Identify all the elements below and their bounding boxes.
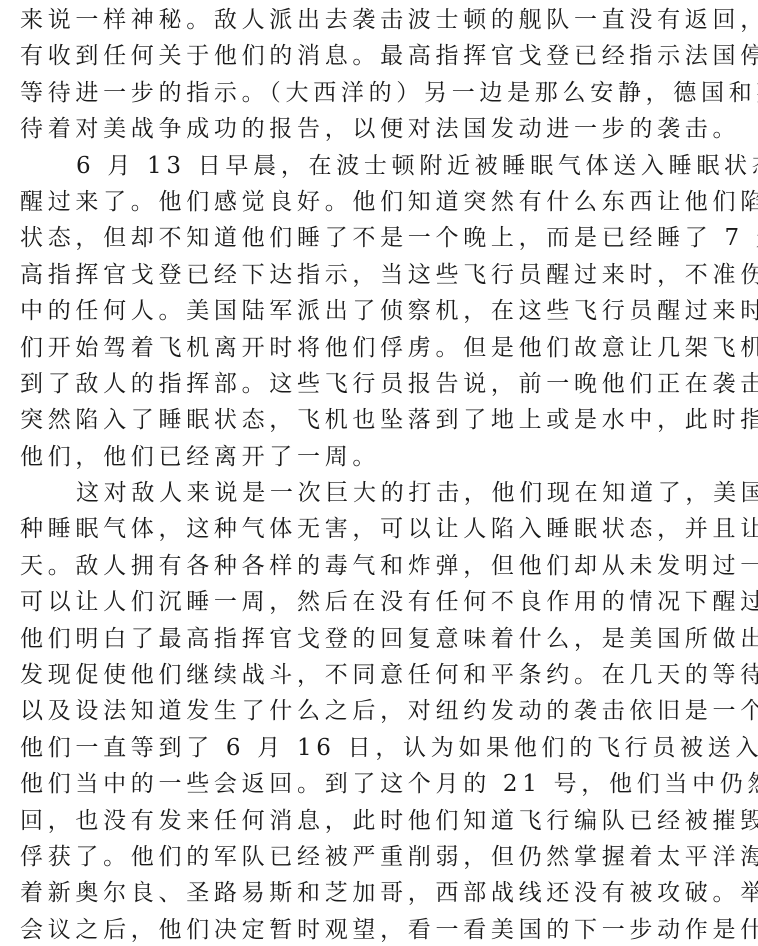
text-line: 天。敌人拥有各种各样的毒气和炸弹，但他们却从未发明过一种气体， <box>20 548 732 584</box>
text-line: 着新奥尔良、圣路易斯和芝加哥，西部战线还没有被攻破。举行了一次 <box>20 875 732 911</box>
text-line: 可以让人们沉睡一周，然后在没有任何不良作用的情况下醒过来。现在 <box>20 584 732 620</box>
text-line: 会议之后，他们决定暂时观望，看一看美国的下一步动作是什么。 <box>20 912 732 946</box>
text-line: 发现促使他们继续战斗，不同意任何和平条约。在几天的等待、侦察， <box>20 657 732 693</box>
text-line: 6 月 13 日早晨，在波士顿附近被睡眠气体送入睡眠状态的飞行员们 <box>20 148 732 184</box>
text-line: 他们明白了最高指挥官戈登的回复意味着什么，是美国所做出的一些新 <box>20 621 732 657</box>
text-line: 来说一样神秘。敌人派出去袭击波士顿的舰队一直没有返回，敌人也没 <box>20 2 732 38</box>
text-line: 种睡眠气体，这种气体无害，可以让人陷入睡眠状态，并且让人沉睡 7 <box>20 511 732 547</box>
text-line: 待着对美战争成功的报告，以便对法国发动进一步的袭击。 <box>20 111 732 147</box>
text-line: 回，也没有发来任何消息，此时他们知道飞行编队已经被摧毁了或是被 <box>20 803 732 839</box>
paragraph-2: 6 月 13 日早晨，在波士顿附近被睡眠气体送入睡眠状态的飞行员们 醒过来了。他… <box>20 148 732 476</box>
text-line: 等待进一步的指示。（大西洋的）另一边是那么安静，德国和英国正在等 <box>20 75 732 111</box>
text-line: 中的任何人。美国陆军派出了侦察机，在这些飞行员醒过来时或是在他 <box>20 293 732 329</box>
text-line: 他们一直等到了 6 月 16 日，认为如果他们的飞行员被送入了睡眠状态， <box>20 730 732 766</box>
text-line: 他们当中的一些会返回。到了这个月的 21 号，他们当中仍然没有人返 <box>20 766 732 802</box>
text-line: 以及设法知道发生了什么之后，对纽约发动的袭击依旧是一个不解之谜。 <box>20 693 732 729</box>
paragraph-3: 这对敌人来说是一次巨大的打击，他们现在知道了，美国人拥有某 种睡眠气体，这种气体… <box>20 475 732 946</box>
text-line: 高指挥官戈登已经下达指示，当这些飞行员醒过来时，不准伤害他们当 <box>20 257 732 293</box>
text-line: 状态，但却不知道他们睡了不是一个晚上，而是已经睡了 7 天 7 夜。最 <box>20 220 732 256</box>
text-line: 俘获了。他们的军队已经被严重削弱，但仍然掌握着太平洋海岸，控制 <box>20 839 732 875</box>
text-line: 他们，他们已经离开了一周。 <box>20 439 732 475</box>
text-line: 到了敌人的指挥部。这些飞行员报告说，前一晚他们正在袭击波士顿时， <box>20 366 732 402</box>
text-line: 们开始驾着飞机离开时将他们俘虏。但是他们故意让几架飞机逃脱，回 <box>20 330 732 366</box>
text-line: 突然陷入了睡眠状态，飞机也坠落到了地上或是水中，此时指挥员告诉 <box>20 402 732 438</box>
text-line: 这对敌人来说是一次巨大的打击，他们现在知道了，美国人拥有某 <box>20 475 732 511</box>
text-line: 有收到任何关于他们的消息。最高指挥官戈登已经指示法国停止袭击， <box>20 38 732 74</box>
paragraph-1: 来说一样神秘。敌人派出去袭击波士顿的舰队一直没有返回，敌人也没 有收到任何关于他… <box>20 2 732 148</box>
document-page: 来说一样神秘。敌人派出去袭击波士顿的舰队一直没有返回，敌人也没 有收到任何关于他… <box>20 2 732 946</box>
text-line: 醒过来了。他们感觉良好。他们知道突然有什么东西让他们陷入了睡眠 <box>20 184 732 220</box>
